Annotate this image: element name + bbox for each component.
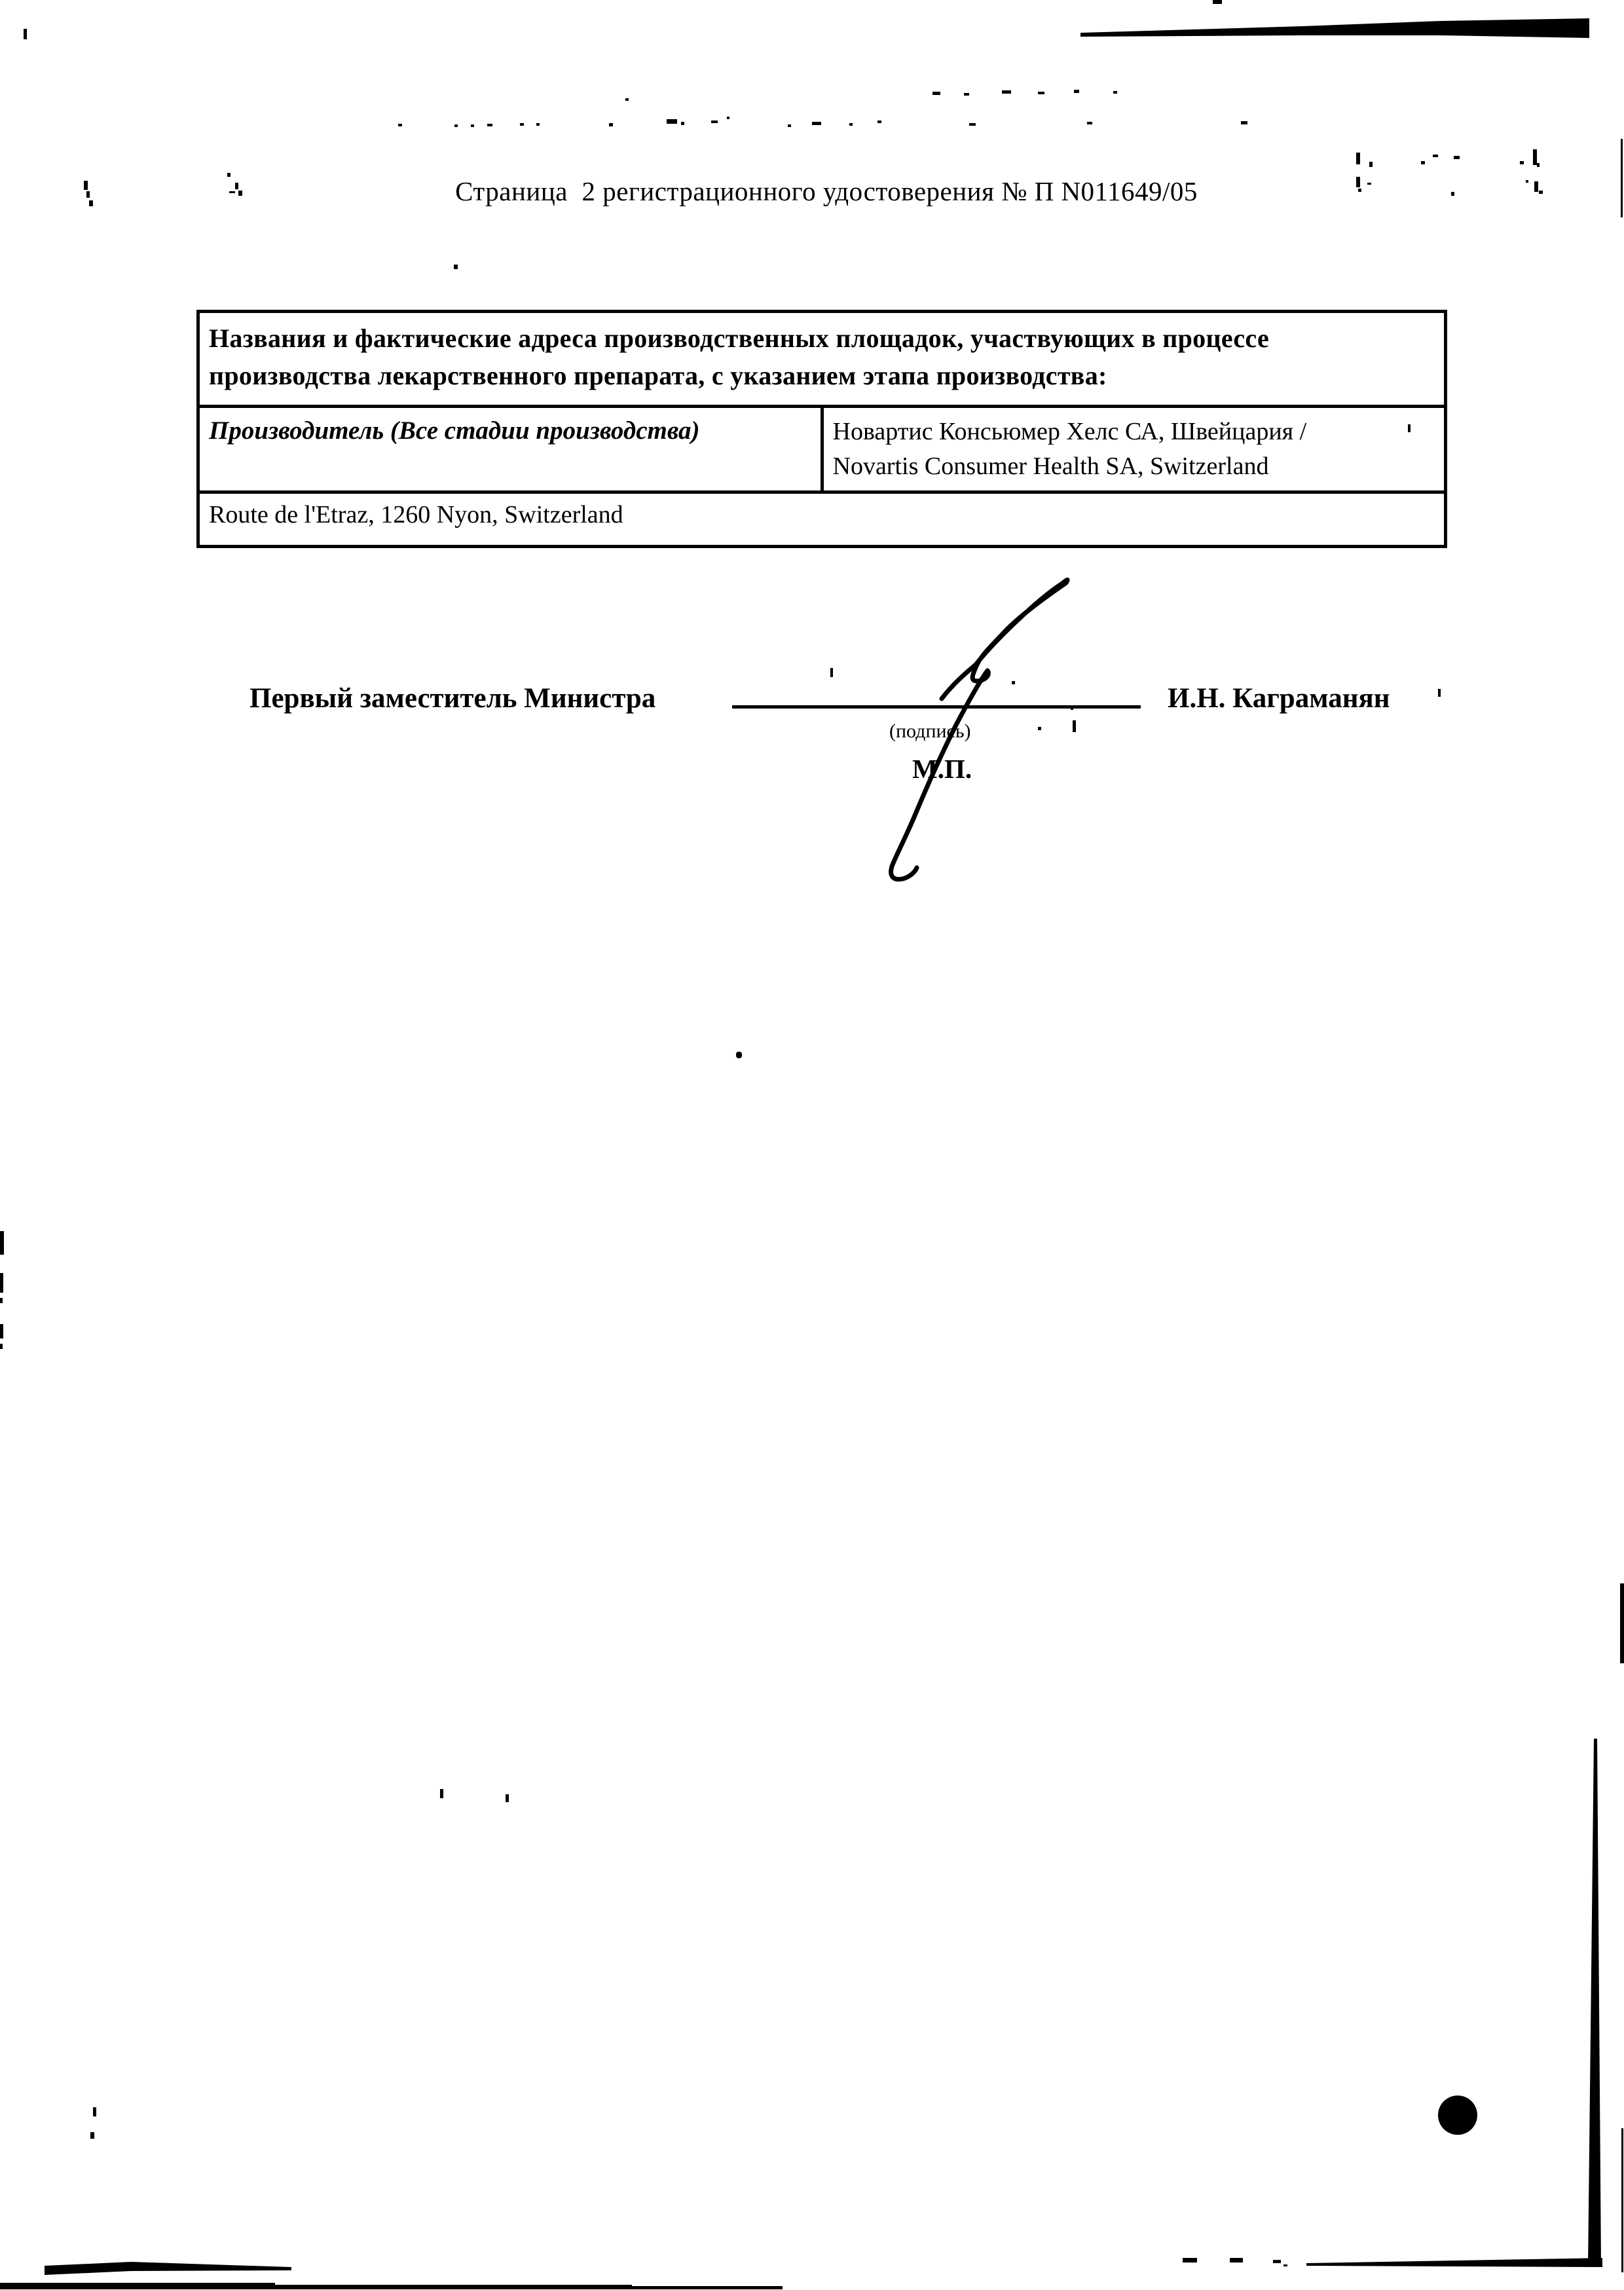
scan-mark [1408, 424, 1411, 432]
scan-line-bottom-right [1306, 2258, 1602, 2268]
scan-mark [89, 200, 93, 206]
page-edge-mark [0, 1231, 4, 1255]
producer-value-ru: Новартис Консьюмер Хелс СА, Швейцария / [833, 415, 1435, 449]
noise-dash [536, 123, 540, 126]
production-sites-table: Названия и фактические адреса производст… [196, 310, 1447, 548]
noise-dash [711, 120, 718, 123]
noise-dash [667, 119, 677, 124]
scan-mark [235, 183, 238, 189]
scan-mark [1421, 161, 1425, 164]
scan-mark [24, 29, 27, 39]
scan-streak-right [1583, 1739, 1606, 2269]
table-row: Route de l'Etraz, 1260 Nyon, Switzerland [198, 492, 1446, 547]
table-header-cell: Названия и фактические адреса производст… [198, 312, 1446, 407]
scan-mark [86, 191, 90, 198]
table-row: Производитель (Все стадии производства) … [198, 407, 1446, 492]
table-row: Названия и фактические адреса производст… [198, 312, 1446, 407]
page-edge-mark [0, 1298, 3, 1303]
noise-dash [932, 92, 940, 95]
noise-dash [609, 123, 613, 126]
signatory-name: И.Н. Каграманян [1168, 682, 1390, 714]
noise-dash [1273, 2260, 1281, 2263]
scan-mark [1369, 162, 1373, 167]
producer-value-en: Novartis Consumer Health SA, Switzerland [833, 449, 1435, 484]
scan-mark [1539, 191, 1543, 194]
scan-mark [1073, 720, 1076, 732]
scan-mark [1433, 155, 1438, 157]
scan-mark [1358, 189, 1361, 192]
noise-dash [1283, 2264, 1287, 2266]
noise-dash [788, 124, 791, 127]
page-edge-mark [0, 1324, 3, 1339]
noise-dash [471, 124, 474, 127]
noise-dash [1113, 91, 1117, 94]
scan-mark [227, 173, 231, 177]
noise-dash [727, 117, 729, 119]
page-edge-line [1621, 2128, 1623, 2272]
scan-streak-top [1074, 16, 1598, 45]
scan-mark [1438, 689, 1441, 697]
noise-dash [625, 98, 629, 101]
noise-dash [1038, 92, 1044, 94]
noise-dash [877, 120, 881, 123]
scan-mark [1520, 161, 1524, 164]
page-edge-mark [0, 1273, 3, 1293]
page-title: Страница 2 регистрационного удостоверени… [401, 175, 1252, 207]
ink-dot [1438, 2096, 1477, 2135]
signatory-position-label: Первый заместитель Министра [249, 682, 655, 714]
noise-dash [520, 123, 524, 126]
scan-mark [90, 2132, 94, 2139]
noise-dot [1071, 707, 1073, 710]
producer-value-cell: Новартис Консьюмер Хелс СА, Швейцария / … [822, 407, 1446, 492]
page-edge-mark [0, 1344, 3, 1349]
page-edge-mark [1620, 1583, 1624, 1663]
noise-dash [812, 122, 821, 125]
scan-stroke-bottom-left [39, 2259, 295, 2276]
scan-mark [1213, 0, 1222, 4]
scan-mark [1526, 180, 1528, 183]
noise-dash [964, 93, 969, 96]
noise-dash [681, 122, 684, 125]
noise-dot [736, 1052, 742, 1058]
scan-mark [1367, 183, 1371, 185]
page-edge-line [275, 2285, 632, 2289]
scan-mark [506, 1794, 509, 1802]
noise-dash [849, 123, 853, 126]
page-edge-line [0, 2283, 275, 2289]
producer-address-cell: Route de l'Etraz, 1260 Nyon, Switzerland [198, 492, 1446, 547]
noise-dash [1241, 121, 1247, 124]
noise-dash [487, 124, 492, 126]
scan-mark [1454, 156, 1460, 159]
scan-mark [238, 191, 242, 196]
page-edge-line [1621, 139, 1623, 217]
noise-dash [398, 124, 402, 126]
scan-mark [1356, 177, 1360, 187]
scan-mark [830, 668, 833, 677]
noise-dot [1038, 727, 1041, 730]
noise-dash [1183, 2258, 1197, 2262]
noise-dash [969, 123, 976, 126]
scan-mark [440, 1789, 443, 1798]
scanned-document-page: Страница 2 регистрационного удостоверени… [0, 0, 1624, 2290]
scan-mark [93, 2107, 96, 2116]
scan-mark [229, 191, 235, 193]
producer-label-cell: Производитель (Все стадии производства) [198, 407, 822, 492]
page-edge-line [632, 2286, 783, 2289]
scan-mark [84, 181, 88, 190]
noise-dash [1230, 2258, 1243, 2262]
noise-dot [454, 265, 458, 269]
scan-mark [1451, 192, 1454, 196]
scan-mark [1534, 181, 1538, 192]
noise-dash [1087, 122, 1092, 124]
noise-dash [1002, 90, 1011, 94]
scan-mark [1537, 163, 1540, 167]
noise-dash [454, 124, 458, 127]
noise-dash [1074, 90, 1079, 93]
noise-dot [1012, 681, 1015, 684]
scan-mark [1356, 153, 1360, 164]
